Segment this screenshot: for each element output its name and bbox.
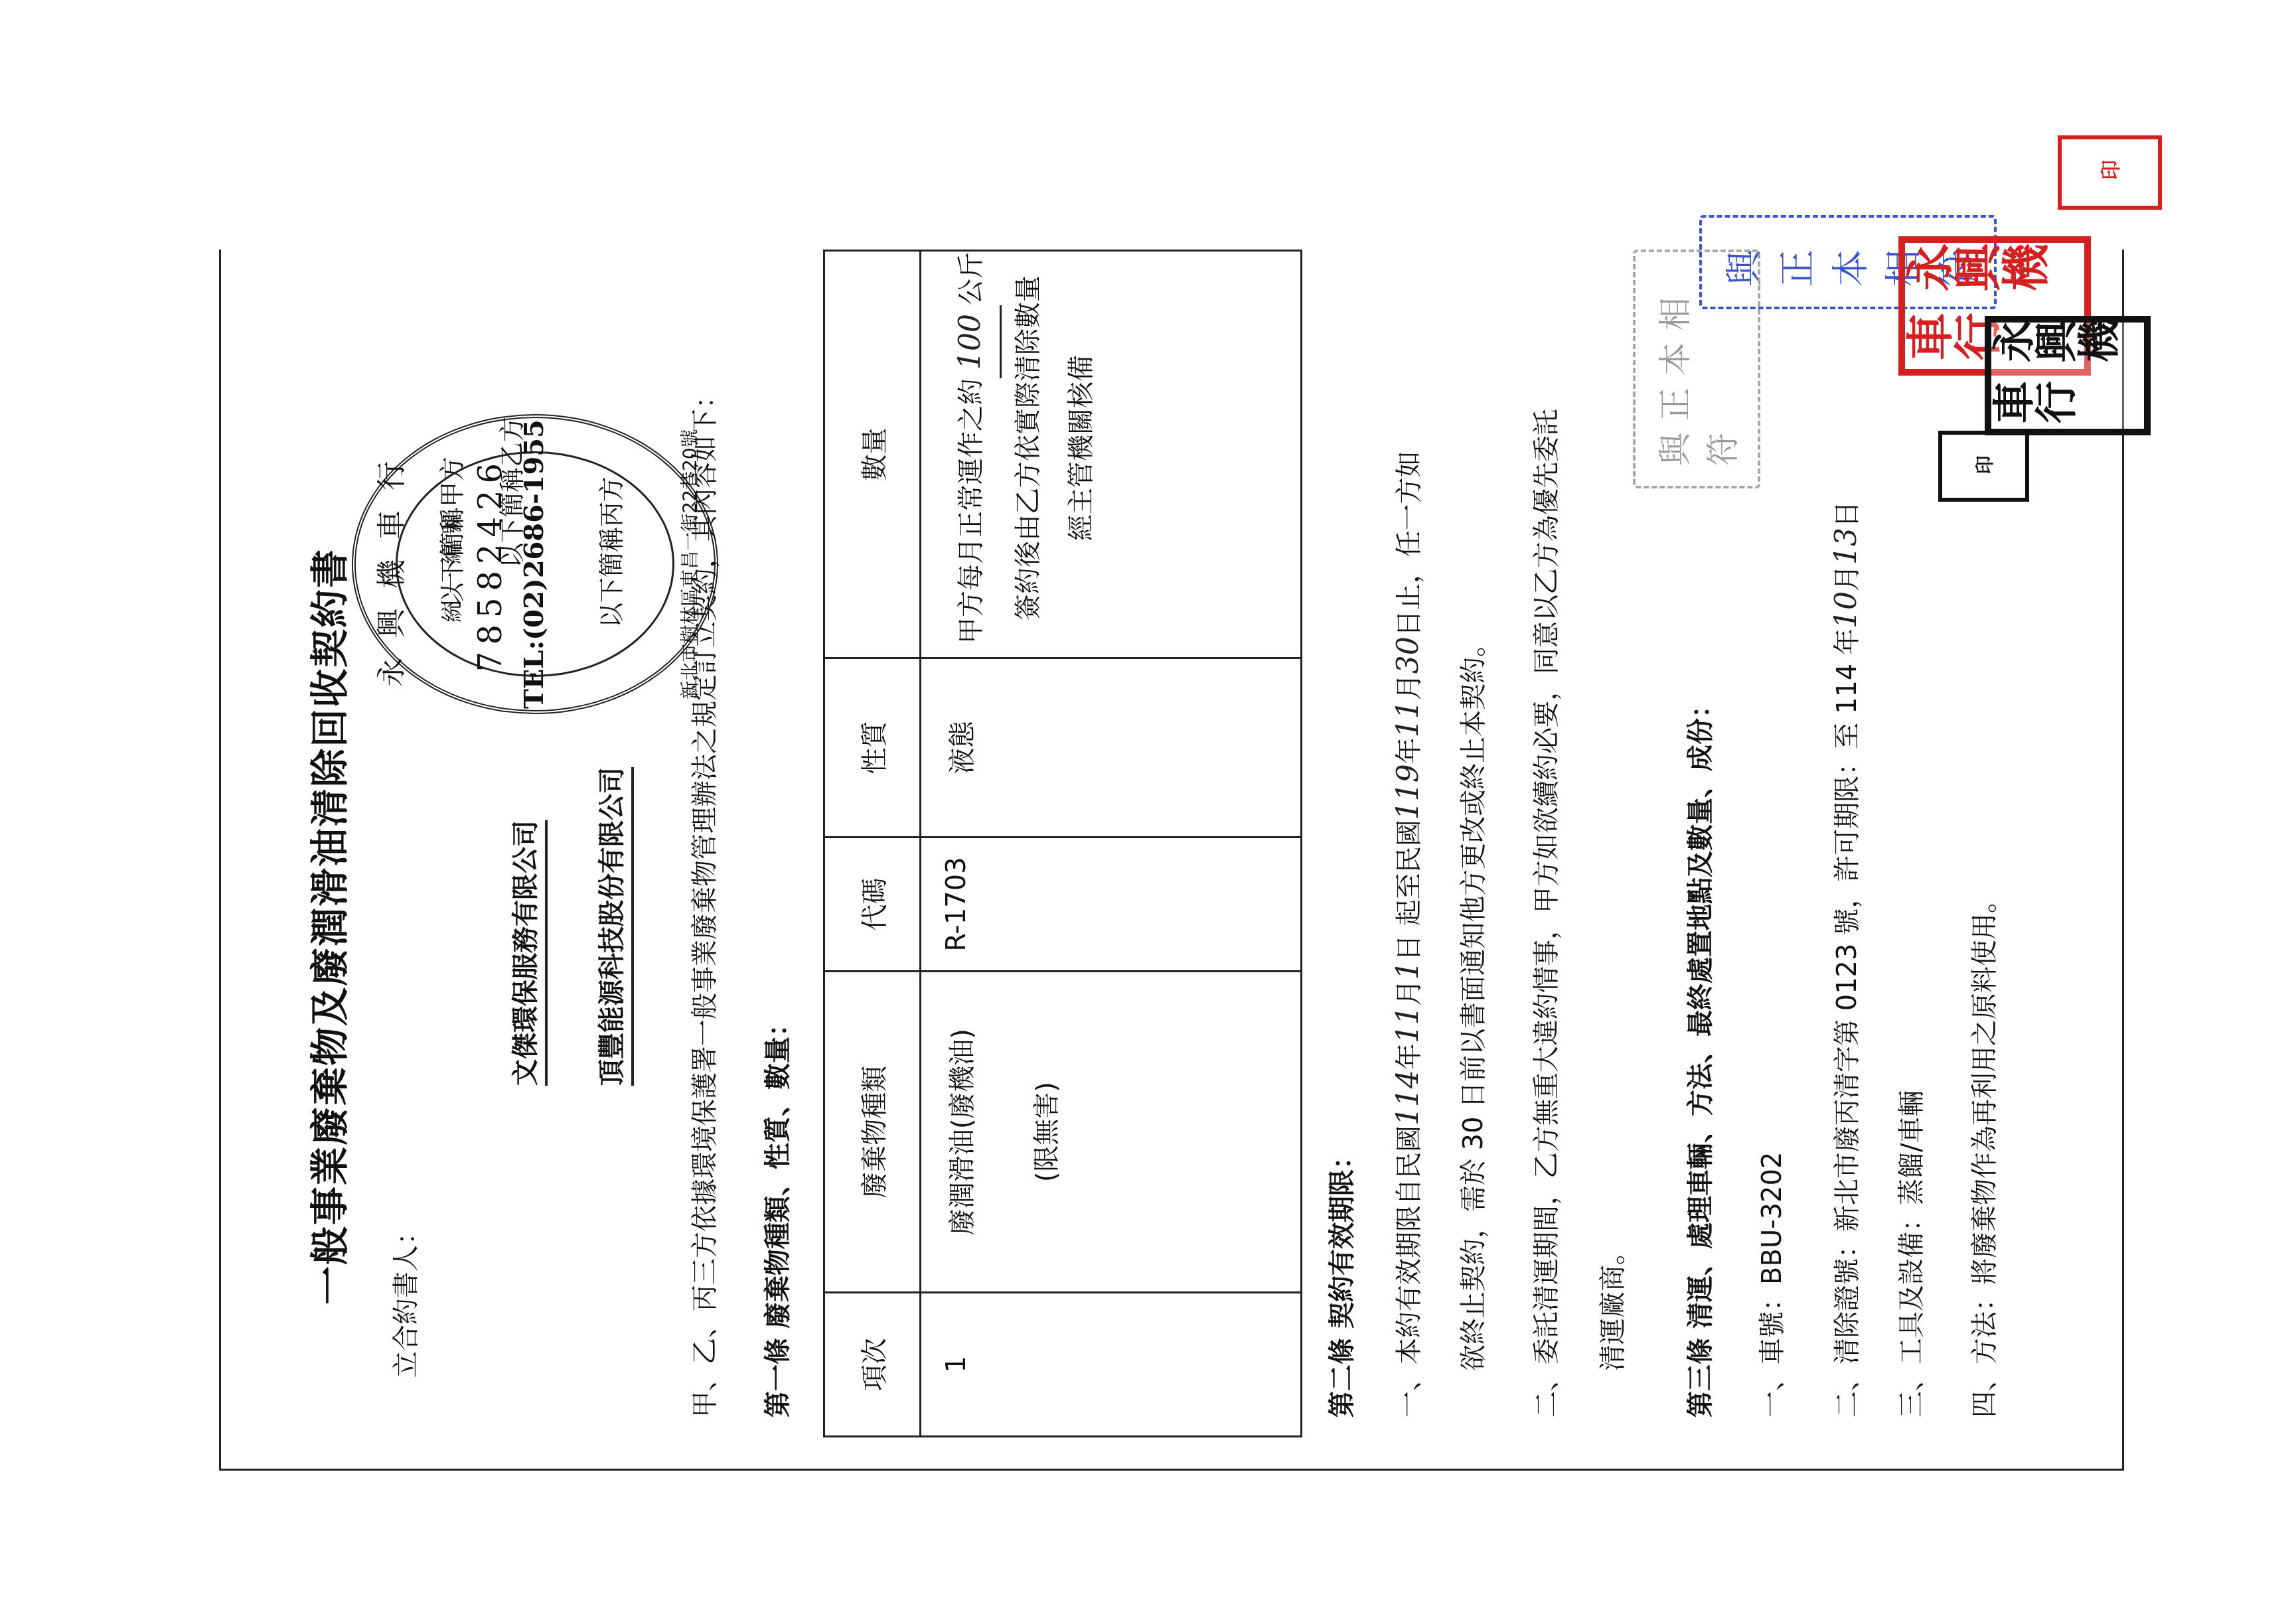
clause-2-1-line2: 欲終止契約，需於 30 日前以書面通知他方更改或終止本契約。 (1460, 630, 1487, 1371)
cell-state: 液態 (921, 658, 1302, 838)
term-suffix: 日止，任一方如 (1394, 451, 1424, 636)
owner-chop-red: 印 (2058, 135, 2162, 210)
section1-title: 第一條 廢棄物種類、性質、數量： (757, 1010, 795, 1418)
qty-line-2: 簽約後由乙方依實際清除數量 (1002, 252, 1055, 644)
permit-month: 10 (1829, 591, 1863, 628)
cell-code: R-1703 (921, 837, 1302, 972)
seal-tel: TEL:(02)2686-1955 (518, 418, 550, 710)
clause-2-1-line1: 一、本約有效期限自民國114年11月1日 起至民國119年11月30日止，任一方… (1394, 451, 1423, 1418)
qty-unit: 公斤 (956, 252, 986, 305)
section2-title: 第二條 契約有效期限： (1321, 1143, 1359, 1418)
seal-uid-label: 統一編號 (435, 418, 466, 710)
seal-company-name: 永興機車行 (368, 418, 410, 710)
waste-table: 項次 廢棄物種類 代碼 性質 數量 1 廢潤滑油(廢機油) (限無害) R-17… (823, 250, 1302, 1437)
clause-3-permit: 二、清除證號：新北市廢丙清字第 0123 號，許可期限：至 114 年10月13… (1832, 501, 1861, 1418)
cell-no: 1 (921, 1292, 1302, 1436)
clause-3-method: 四、方法：將廢棄物作為再利用之原料使用。 (1971, 887, 1998, 1418)
signers-label: 立合約書人： (385, 1218, 423, 1378)
term-mid: 起至民國 (1394, 820, 1424, 926)
clause-2-2-line1: 二、委託清運期間，乙方無重大違約情事，甲方如欲續約必要，同意以乙方為優先委託 (1533, 409, 1560, 1418)
start-day: 1 (1391, 961, 1425, 980)
section3-title: 第三條 清運、處理車輛、方法、最終處置地點及數量、成份： (1679, 692, 1717, 1418)
owner-chop-black: 印 (1938, 431, 2029, 502)
qty-line-3: 經主管機關核備 (1055, 252, 1108, 644)
clause-3-tools: 三、工具及設備：蒸餾/車輛 (1898, 1090, 1925, 1418)
table-row: 1 廢潤滑油(廢機油) (限無害) R-1703 液態 甲方每月正常運作之約10… (921, 251, 1302, 1437)
header-no: 項次 (824, 1292, 921, 1436)
clause-3-vehicle: 一、車號：BBU-3202 (1759, 1152, 1786, 1418)
qty-prefix: 甲方每月正常運作之約 (956, 378, 986, 644)
party-b-name: 文傑環保服務有限公司 (504, 820, 548, 1086)
unit-month: 月 (1832, 565, 1863, 591)
end-year: 119 (1391, 764, 1425, 820)
unit-year: 年 (1394, 737, 1424, 764)
document-title: 一般事業廢棄物及廢潤滑油清除回收契約書 (299, 548, 354, 1305)
header-kind: 廢棄物種類 (824, 972, 921, 1292)
qty-line-1: 甲方每月正常運作之約100公斤 (941, 252, 1002, 644)
cell-kind: 廢潤滑油(廢機油) (限無害) (921, 972, 1302, 1292)
party-c-name: 頂豐能源科技股份有限公司 (591, 767, 634, 1086)
end-month: 11 (1391, 700, 1425, 737)
waste-kind: 廢潤滑油(廢機油) (941, 974, 979, 1291)
unit-day: 日 (1394, 934, 1424, 961)
unit-day: 日 (1832, 501, 1863, 528)
intro-paragraph: 甲、乙、丙三方依據環境保護署一般事業廢棄物管理辦法之規定訂立契約，其內容如下： (684, 382, 722, 1418)
permit-day: 13 (1829, 528, 1863, 565)
contract-page: 一般事業廢棄物及廢潤滑油清除回收契約書 立合約書人： 以下簡稱甲方 文傑環保服務… (219, 250, 2124, 1471)
header-code: 代碼 (824, 837, 921, 972)
start-month: 11 (1391, 1006, 1425, 1043)
qty-handwritten-value: 100 (941, 305, 1002, 378)
start-year: 114 (1391, 1070, 1425, 1126)
term-prefix: 一、本約有效期限自民國 (1394, 1126, 1424, 1418)
permit-prefix: 二、清除證號：新北市廢丙清字第 0123 號，許可期限：至 114 年 (1832, 628, 1863, 1418)
clause-2-2-line2: 清運廠商。 (1600, 1238, 1626, 1371)
table-header-row: 項次 廢棄物種類 代碼 性質 數量 (824, 251, 921, 1437)
company-round-seal: 永興機車行 統一編號 78582426 TEL:(02)2686-1955 新北… (352, 414, 718, 714)
waste-kind-note: (限無害) (1026, 974, 1063, 1291)
unit-month: 月 (1394, 980, 1424, 1006)
header-state: 性質 (824, 658, 921, 838)
end-day: 30 (1391, 636, 1425, 674)
seal-uid: 78582426 (472, 418, 509, 710)
cell-qty: 甲方每月正常運作之約100公斤 簽約後由乙方依實際清除數量 經主管機關核備 (921, 251, 1302, 658)
unit-year: 年 (1394, 1043, 1424, 1070)
unit-month: 月 (1394, 674, 1424, 700)
certified-copy-stamp-gray: 與正本相符 (1633, 250, 1760, 488)
shop-chop-black: 永興機車行 (1985, 316, 2151, 435)
header-qty: 數量 (824, 251, 921, 658)
